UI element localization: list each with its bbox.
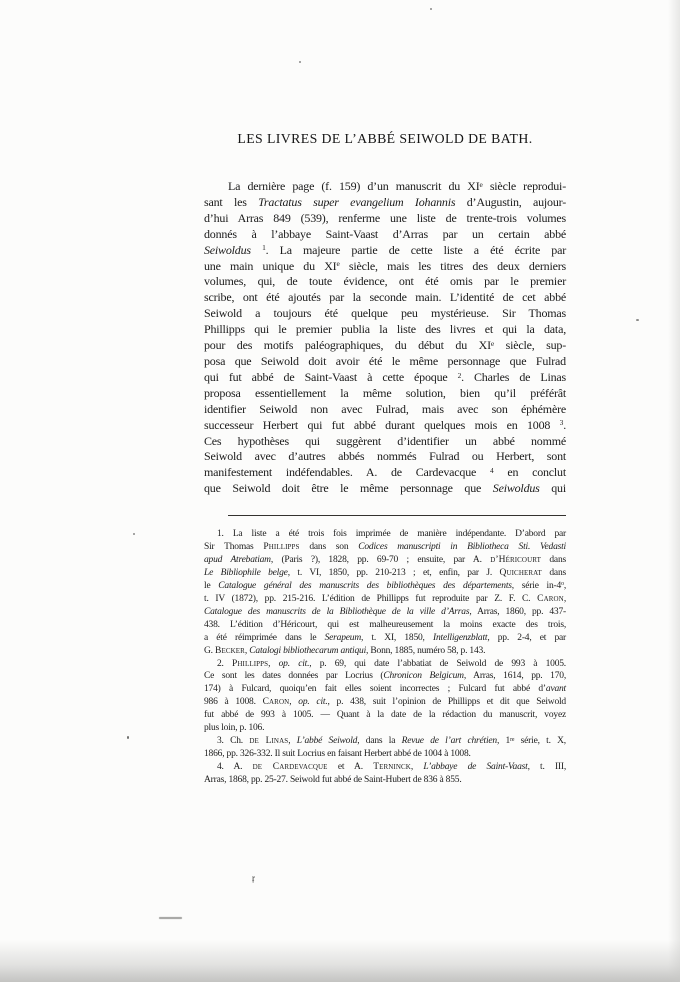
text-run: XI (479, 338, 491, 352)
text-run: 3. Ch. (217, 736, 249, 746)
text-run: manifestement indéfendables. A. de Carde… (204, 465, 490, 479)
text-run: en conclut (494, 465, 567, 479)
text-line: 438. L’édition d’Héricourt, qui est malh… (204, 619, 566, 632)
text-line: fut abbé de 993 à 1005. — Quant à la dat… (204, 709, 566, 722)
text-run: , pp. 2-4, et par (487, 633, 566, 643)
text-run: que Seiwold doit être le même personnage… (204, 481, 493, 495)
text-line: G. Becker, Catalogi bibliothecarum antiq… (204, 645, 566, 658)
text-line: que Seiwold doit être le même personnage… (204, 481, 566, 497)
text-run: . Charles de Linas (461, 370, 566, 384)
text-run: Seiwold a toujours été quelque peu mysté… (204, 306, 566, 320)
text-run: 1866, pp. 326-332. Il suit Locrius en fa… (204, 749, 471, 759)
text-run: La dernière page (f. 159) d’un manuscrit… (228, 179, 467, 193)
text-run: L’abbé Seiwold (297, 736, 357, 746)
text-run: XI (324, 259, 336, 273)
text-line: posa que Seiwold doit avoir été le même … (204, 354, 566, 370)
text-line: La dernière page (f. 159) d’un manuscrit… (204, 179, 566, 195)
text-line: Seiwold a toujours été quelque peu mysté… (204, 306, 566, 322)
text-run: Phillipps (232, 659, 268, 669)
text-run: siècle, mais les titres des deux dernier… (340, 259, 566, 273)
text-run: . (563, 418, 566, 432)
signature-mark: ŗ (252, 873, 255, 883)
scan-speck (127, 736, 129, 739)
text-run: Ces hypothèses qui suggèrent d’identifie… (204, 434, 566, 448)
text-line: successeur Herbert qui fut abbé durant q… (204, 418, 566, 434)
text-run: , (Paris ?), 1828, pp. 69-70 ; ensuite, … (271, 555, 490, 565)
text-run: siècle reprodui- (483, 179, 566, 193)
text-run: et A. (328, 762, 374, 772)
text-line: scribe, ont été ajoutés par la seconde m… (204, 290, 566, 306)
text-run: Phillipps qui le premier publia la liste… (204, 322, 566, 336)
text-run: , Arras, 1614, pp. 170, (464, 671, 566, 681)
text-line: Arras, 1868, pp. 25-27. Seiwold fut abbé… (204, 774, 566, 787)
text-run: a été réimprimée dans le (204, 633, 325, 643)
text-run: , Arras, 1860, pp. 437- (469, 607, 566, 617)
text-run: , (564, 594, 566, 604)
text-run: , (268, 659, 278, 669)
text-run: op. cit. (279, 659, 310, 669)
text-run: XI (467, 179, 479, 193)
text-line: manifestement indéfendables. A. de Carde… (204, 465, 566, 481)
text-run: Seiwoldus (493, 481, 540, 495)
text-run: de Linas (249, 736, 288, 746)
superscript-run: o (561, 581, 564, 587)
text-run: qui fut abbé de Saint-Vaast à cette époq… (204, 370, 458, 384)
text-run: Tractatus super evangelium Iohannis (258, 195, 455, 209)
text-run: , p. 69, qui date l’abbatiat de Seiwold … (309, 659, 566, 669)
text-run: scribe, ont été ajoutés par la seconde m… (204, 290, 566, 304)
article-title: LES LIVRES DE L’ABBÉ SEIWOLD DE BATH. (204, 131, 566, 147)
text-run: dans (542, 568, 566, 578)
text-run: plus loin, p. 106. (204, 723, 264, 733)
text-run: Quicherat (500, 568, 542, 578)
text-line: 1. La liste a été trois fois imprimée de… (204, 528, 566, 541)
text-line: 986 à 1008. Caron, op. cit., p. 438, sui… (204, 696, 566, 709)
text-line: Sir Thomas Phillipps dans son Codices ma… (204, 541, 566, 554)
text-line: volumes, qui, de toute évidence, ont été… (204, 274, 566, 290)
text-run: qui (540, 481, 566, 495)
text-run: , (411, 762, 423, 772)
text-run: , t. III, (528, 762, 566, 772)
text-run: 174) à Fulcard, quoiqu’en fait elles soi… (204, 684, 546, 694)
text-run: d’Augustin, aujour- (455, 195, 566, 209)
text-run: , p. 438, suit l’opinion de Phillipps et… (328, 697, 566, 707)
text-run: une main unique du (204, 259, 324, 273)
text-line: qui fut abbé de Saint-Vaast à cette époq… (204, 370, 566, 386)
text-line: Le Bibliophile belge, t. VI, 1850, pp. 2… (204, 567, 566, 580)
text-run: Arras, 1868, pp. 25-27. Seiwold fut abbé… (204, 775, 462, 785)
text-line: 4. A. de Cardevacque et A. Terninck, L’a… (204, 761, 566, 774)
text-run: successeur Herbert qui fut abbé durant q… (204, 418, 560, 432)
text-run (251, 243, 262, 257)
text-run: série, t. X, (514, 736, 566, 746)
text-run: , Bonn, 1885, numéro 58, p. 143. (366, 646, 485, 656)
text-line: t. IV (1872), pp. 215-216. L’édition de … (204, 593, 566, 606)
text-run: siècle, sup- (494, 338, 566, 352)
text-line: sant les Tractatus super evangelium Ioha… (204, 195, 566, 211)
text-run: apud Atrebatiam (204, 555, 271, 565)
text-line: donnés à l’abbaye Saint-Vaast d’Arras pa… (204, 227, 566, 243)
text-run: Terninck (373, 762, 411, 772)
pencil-mark (159, 917, 182, 919)
text-run: G. (204, 646, 215, 656)
superscript-run: 1 (262, 243, 266, 252)
text-run: , (288, 736, 297, 746)
text-run: d’Héricourt (490, 555, 541, 565)
text-line: identifier Seiwold non avec Fulrad, mais… (204, 402, 566, 418)
text-run: , (564, 581, 566, 591)
text-run: Revue de l’art chrétien (402, 736, 497, 746)
text-run: , (289, 697, 298, 707)
text-run: Sir Thomas (204, 542, 263, 552)
text-run: Ce sont les dates données par Locrius ( (204, 671, 383, 681)
text-run: 438. L’édition d’Héricourt, qui est malh… (204, 620, 566, 630)
text-run: Catalogue général des manuscrits des bib… (218, 581, 511, 591)
text-run: volumes, qui, de toute évidence, ont été… (204, 274, 566, 288)
scanned-page: LES LIVRES DE L’ABBÉ SEIWOLD DE BATH. La… (0, 0, 680, 982)
text-run: Codices manuscripti in Bibliotheca Sti. … (358, 542, 566, 552)
text-run: Phillipps (263, 542, 299, 552)
text-run: sant les (204, 195, 258, 209)
scan-speck (430, 8, 432, 10)
footnote-separator-rule (228, 515, 566, 516)
text-line: apud Atrebatiam, (Paris ?), 1828, pp. 69… (204, 554, 566, 567)
text-run: Caron (263, 697, 290, 707)
footnotes-block: 1. La liste a été trois fois imprimée de… (204, 528, 566, 787)
superscript-run: re (510, 737, 514, 743)
text-run: op. cit. (298, 697, 327, 707)
text-line: 174) à Fulcard, quoiqu’en fait elles soi… (204, 683, 566, 696)
text-line: Seiwoldus 1. La majeure partie de cette … (204, 243, 566, 259)
superscript-run: 3 (560, 418, 564, 427)
superscript-run: 4 (490, 466, 494, 475)
text-line: Seiwold avec d’autres abbés nommés Fulra… (204, 449, 566, 465)
page-edge-shadow-right (668, 0, 680, 982)
text-line: le Catalogue général des manuscrits des … (204, 580, 566, 593)
text-line: a été réimprimée dans le Serapeum, t. XI… (204, 632, 566, 645)
text-run: , 1 (497, 736, 510, 746)
text-run: avant (546, 684, 566, 694)
body-paragraph: La dernière page (f. 159) d’un manuscrit… (204, 179, 566, 497)
text-run: L’abbaye de Saint-Vaast (423, 762, 527, 772)
text-run: Intelligenzblatt (433, 633, 487, 643)
scan-speck (636, 319, 639, 321)
superscript-run: e (491, 339, 494, 348)
text-run: Becker (215, 646, 245, 656)
text-run: proposa essentiellement la même solution… (204, 386, 566, 400)
text-run: Catalogue des manuscrits de la Bibliothè… (204, 607, 469, 617)
text-run: . La majeure partie de cette liste a été… (266, 243, 566, 257)
text-line: Phillipps qui le premier publia la liste… (204, 322, 566, 338)
scan-speck (133, 533, 135, 535)
text-run: , série in-4 (512, 581, 561, 591)
text-run: identifier Seiwold non avec Fulrad, mais… (204, 402, 566, 416)
text-run: dans son (300, 542, 359, 552)
text-run: Chronicon Belgicum (383, 671, 463, 681)
text-line: 2. Phillipps, op. cit., p. 69, qui date … (204, 658, 566, 671)
superscript-run: 2 (458, 371, 462, 380)
text-line: 3. Ch. de Linas, L’abbé Seiwold, dans la… (204, 735, 566, 748)
text-line: une main unique du XIe siècle, mais les … (204, 259, 566, 275)
text-run: donnés à l’abbaye Saint-Vaast d’Arras pa… (204, 227, 566, 241)
text-run: dans (541, 555, 566, 565)
text-line: 1866, pp. 326-332. Il suit Locrius en fa… (204, 748, 566, 761)
superscript-run: e (336, 259, 339, 268)
text-run: Serapeum (325, 633, 361, 643)
text-run: 986 à 1008. (204, 697, 263, 707)
text-line: proposa essentiellement la même solution… (204, 386, 566, 402)
text-run: pour des motifs paléographiques, du débu… (204, 338, 479, 352)
text-run: de Cardevacque (253, 762, 328, 772)
text-run: t. IV (1872), pp. 215-216. L’édition de … (204, 594, 537, 604)
text-line: Ce sont les dates données par Locrius (C… (204, 670, 566, 683)
text-run: fut abbé de 993 à 1005. — Quant à la dat… (204, 710, 566, 720)
text-run: posa que Seiwold doit avoir été le même … (204, 354, 566, 368)
text-run: 4. A. (217, 762, 253, 772)
text-run: 1. La liste a été trois fois imprimée de… (217, 529, 566, 539)
text-run: , dans la (357, 736, 401, 746)
text-run: Le Bibliophile belge (204, 568, 288, 578)
text-run: d’hui Arras 849 (539), renferme une list… (204, 211, 566, 225)
text-run: 2. (217, 659, 232, 669)
text-run: Catalogi bibliothecarum antiqui (249, 646, 366, 656)
text-run: Seiwold avec d’autres abbés nommés Fulra… (204, 449, 566, 463)
text-line: plus loin, p. 106. (204, 722, 566, 735)
text-run: Seiwoldus (204, 243, 251, 257)
text-line: d’hui Arras 849 (539), renferme une list… (204, 211, 566, 227)
scan-speck (299, 61, 301, 63)
text-run: , t. VI, 1850, pp. 210-213 ; et, enfin, … (288, 568, 500, 578)
text-run: Caron (537, 594, 564, 604)
superscript-run: e (480, 180, 483, 189)
text-line: Catalogue des manuscrits de la Bibliothè… (204, 606, 566, 619)
page-edge-shadow-bottom (0, 940, 680, 982)
text-run: , t. XI, 1850, (361, 633, 433, 643)
text-line: Ces hypothèses qui suggèrent d’identifie… (204, 434, 566, 450)
text-run: le (204, 581, 218, 591)
text-line: pour des motifs paléographiques, du débu… (204, 338, 566, 354)
